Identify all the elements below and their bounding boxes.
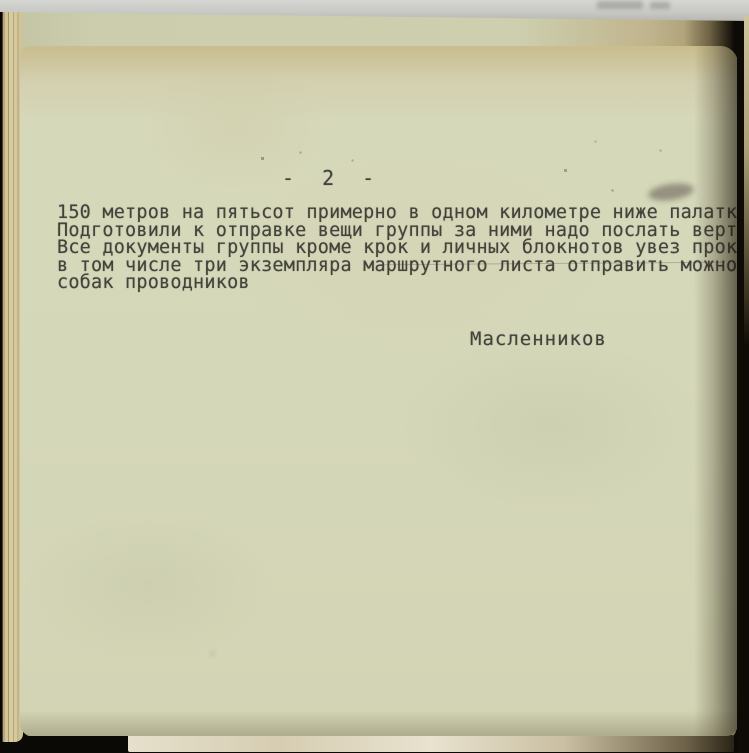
document-page: - 2 - 150 метров на пятьсот примерно в о… xyxy=(20,46,738,736)
page-shadow-overlay xyxy=(20,710,738,736)
next-page-edge xyxy=(744,16,749,346)
strip-smudge xyxy=(650,2,670,9)
body-text: 150 метров на пятьсот примерно в одном к… xyxy=(57,204,738,292)
signature-text: Масленников xyxy=(470,328,607,350)
ink-stain xyxy=(647,181,695,203)
scanned-document: - 2 - 150 метров на пятьсот примерно в о… xyxy=(0,0,749,753)
body-line: собак проводников xyxy=(57,274,738,292)
page-shadow-overlay xyxy=(694,46,738,736)
strip-smudge xyxy=(597,1,643,9)
body-line: 150 метров на пятьсот примерно в одном к… xyxy=(57,204,738,222)
stacked-pages-bottom-face xyxy=(128,734,734,752)
page-shadow-overlay xyxy=(20,46,738,80)
body-line: Все документы группы кроме крок и личных… xyxy=(57,239,738,257)
page-number: - 2 - xyxy=(282,166,382,190)
